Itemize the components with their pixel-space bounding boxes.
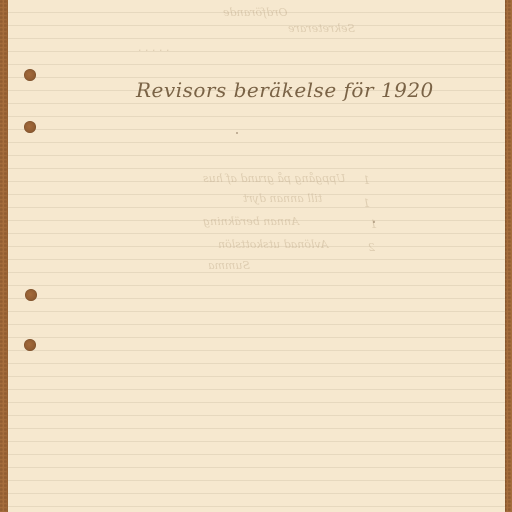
bleed-through-text: Summa: [208, 259, 250, 272]
bleed-through-text: Uppgång på grund af hus: [203, 172, 346, 185]
ink-speck: [236, 132, 238, 134]
punch-hole: [25, 289, 37, 301]
bleed-through-number: 2: [368, 241, 375, 254]
bleed-through-text: Ordförande: [223, 6, 287, 19]
bleed-through-number: 1: [363, 197, 370, 210]
bleed-through-text: Annan beräkning: [203, 215, 299, 228]
punch-hole: [24, 69, 36, 81]
punch-hole: [24, 339, 36, 351]
punch-hole: [24, 121, 36, 133]
bleed-through-number: 1: [363, 174, 370, 187]
ink-speck: [373, 221, 375, 223]
bleed-through-text: Avlönad utskottslön: [218, 238, 328, 251]
bleed-through-text: · · · · ·: [138, 44, 169, 57]
document-heading: Revisors beräkelse för 1920: [136, 78, 434, 102]
bleed-through-text: Sekreterare: [288, 22, 355, 35]
lined-paper-sheet: Ordförande Sekreterare · · · · · Revisor…: [8, 0, 505, 512]
bleed-through-number: 1: [370, 218, 377, 231]
bleed-through-text: till annan dyrt: [243, 192, 322, 205]
